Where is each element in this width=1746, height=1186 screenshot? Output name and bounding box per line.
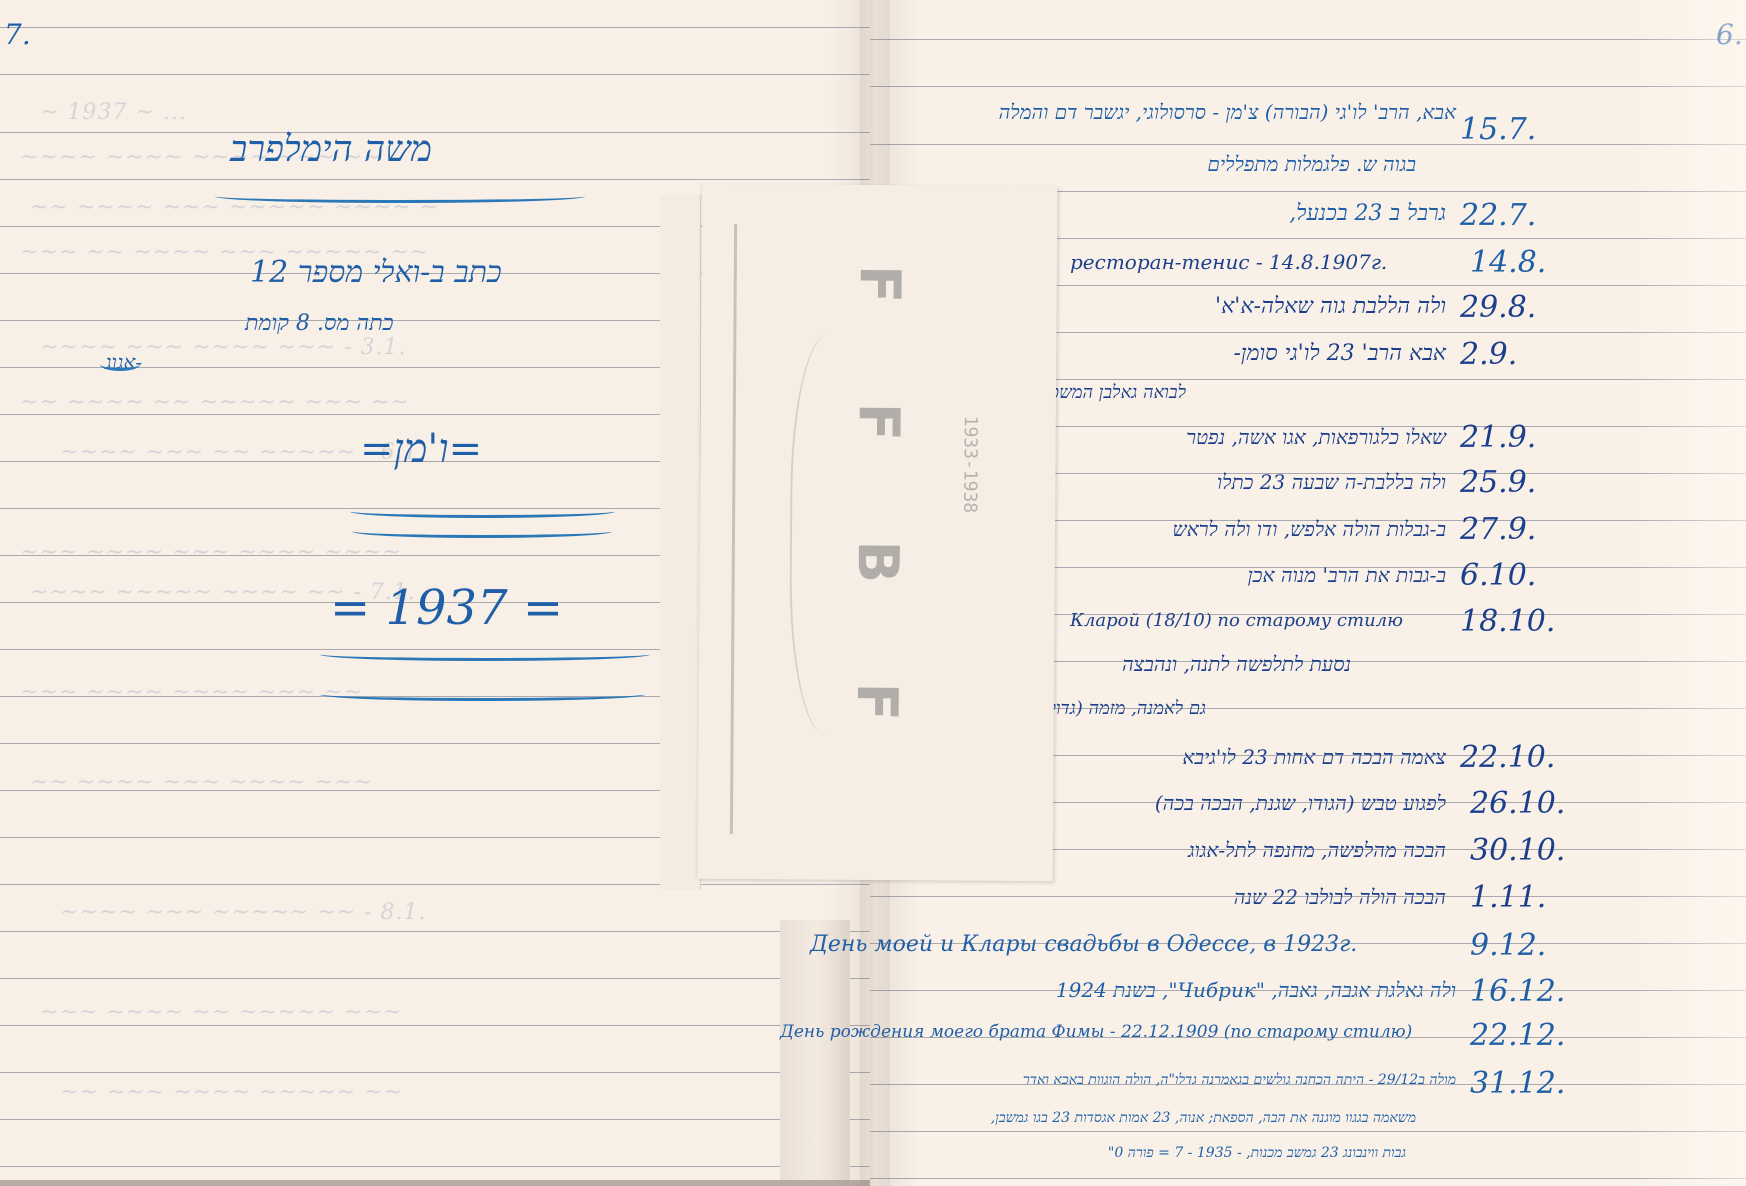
entry-text: גרבל ב 23 בכנעל, xyxy=(1289,200,1446,226)
entry-date: 27.9. xyxy=(1460,512,1536,547)
page-number: 6. xyxy=(1716,18,1743,51)
entry-text: נסעת לתלפשה לתנה, ונהבצה xyxy=(1122,652,1351,677)
entry-date: 14.8. xyxy=(1470,245,1546,280)
footer-line: משאמה בגגוו מוגנה את הבה, הספאת; אנוה, 2… xyxy=(991,1110,1416,1127)
entry-text: הבכה הולה לבולבו 22 שנה xyxy=(1234,885,1446,910)
entry-text: ולה גאלגת אגבה, גאבה, "Чибрик", בשנת 192… xyxy=(1056,978,1456,1003)
entry-date: 18.10. xyxy=(1460,604,1555,639)
short-underline xyxy=(100,358,140,371)
entry-text: День моей и Клары свадьбы в Одессе, в 19… xyxy=(810,932,1357,957)
entry-text: ולה בללבת-ה שבעה 23 כתלו xyxy=(1217,470,1446,495)
year: = 1937 = xyxy=(330,580,563,636)
year-underline-1 xyxy=(320,648,650,661)
entry-text: לפגוע טבש (הגודו, שגנת, הבכה בכה) xyxy=(1155,791,1446,816)
entry-text: שאלו כלגורפאות, אגו אשה, נפטר xyxy=(1186,425,1446,450)
entry-date: 25.9. xyxy=(1460,465,1536,500)
slip-serial-number: 1933-1938 xyxy=(959,416,981,514)
entry-text: Кларой (18/10) по старому стилю xyxy=(1070,610,1403,631)
entry-date: 22.10. xyxy=(1460,740,1555,775)
entry-date: 31.12. xyxy=(1470,1066,1565,1101)
slip-edge xyxy=(660,195,701,890)
entry-text: צאמה הבכה דם אחות 23 לו'גיבא xyxy=(1182,745,1446,770)
slip-stamp-letters: F F B F xyxy=(843,265,911,761)
room-line: כתה מס. 8 קומת xyxy=(245,310,393,336)
entry-date: 22.7. xyxy=(1460,198,1536,233)
footer-line: גבות ווינבונג 23 גמשב מכנות, - 1935 - 7 … xyxy=(1108,1145,1406,1162)
entry-date: 1.11. xyxy=(1470,880,1546,915)
pasted-slip: F F B F 1933-1938 xyxy=(698,184,1058,881)
entry-text: אבא הרב' 23 לו'גי סומן- xyxy=(1233,340,1446,366)
entry-date: 30.10. xyxy=(1470,833,1565,868)
entry-date: 6.10. xyxy=(1460,558,1536,593)
page-stack-edge xyxy=(780,920,850,1186)
entry-text: ресторан-тенис - 14.8.1907г. xyxy=(1070,250,1387,274)
page-bottom-edge xyxy=(0,1180,870,1186)
entry-date: 9.12. xyxy=(1470,928,1546,963)
center-word: =ו'מן= xyxy=(360,425,482,472)
entry-date: 21.9. xyxy=(1460,420,1536,455)
center-underline-2 xyxy=(352,525,612,538)
entry-date: 2.9. xyxy=(1460,337,1517,372)
entry-text: ב-גבות את הרב' מנוה אכן xyxy=(1248,563,1446,588)
page-number: 7. xyxy=(4,18,31,51)
center-underline-1 xyxy=(350,505,615,518)
year-underline-2 xyxy=(320,688,645,701)
class-line: כתב ב-ואלי מספר 12 xyxy=(250,255,502,290)
entry-date: 15.7. xyxy=(1460,112,1536,147)
entry-text: ב-גבלות הולה אלפש, ודו ולה לראש xyxy=(1173,517,1446,542)
entry-text: הבכה מהלפשה, מחנפה לתל-אגוג xyxy=(1188,838,1446,863)
entry-text: בגוה ש. פלגמלות מתפללים xyxy=(1207,152,1416,177)
entry-text: מולה ב29/12 - היתה הכחנה גולשים בגאמרנה … xyxy=(1023,1072,1456,1089)
entry-text: אבא, הרב' לו'גי (הבורה) צ'מן - סרסולוגי,… xyxy=(999,100,1456,125)
entry-text: ולה הללבת גוה שאלה-א'א' xyxy=(1215,293,1446,319)
entry-date: 26.10. xyxy=(1470,786,1565,821)
entry-date: 22.12. xyxy=(1470,1018,1565,1053)
slip-spine xyxy=(730,224,737,834)
underline-wave xyxy=(215,190,585,203)
entry-date: 16.12. xyxy=(1470,974,1565,1009)
title-name: משה הימלפרב xyxy=(230,128,432,170)
entry-date: 29.8. xyxy=(1460,290,1536,325)
